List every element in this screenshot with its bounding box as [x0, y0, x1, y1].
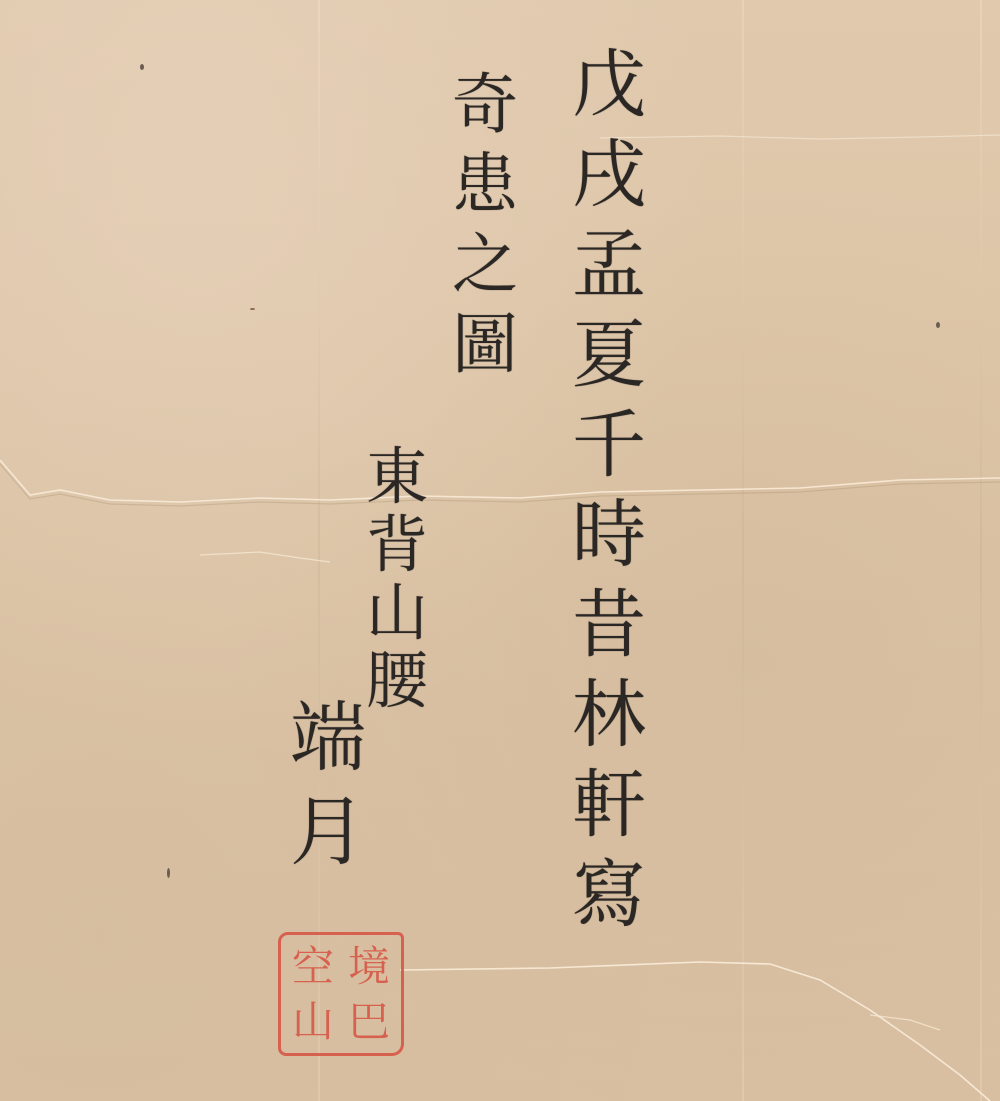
calligraphy-char: 端 — [290, 700, 366, 794]
calligraphy-char: 戌 — [572, 138, 646, 228]
seal-char: 山 — [285, 994, 341, 1049]
inscription-column-3: 東 背 山 腰 — [366, 446, 428, 718]
inscription-column-1: 戊 戌 孟 夏 千 時 昔 林 軒 寫 — [572, 48, 646, 948]
calligraphy-char: 時 — [572, 498, 646, 588]
paper-speck — [167, 868, 170, 878]
calligraphy-char: 寫 — [572, 858, 646, 948]
seal-char: 境 — [341, 939, 397, 994]
calligraphy-char: 戊 — [572, 48, 646, 138]
calligraphy-char: 月 — [290, 794, 366, 888]
seal-char: 巴 — [341, 994, 397, 1049]
horizontal-crease — [0, 440, 1000, 580]
paper-speck — [250, 308, 255, 310]
horizontal-crease — [600, 130, 1000, 150]
calligraphy-char: 患 — [452, 152, 518, 232]
calligraphy-char: 腰 — [366, 650, 428, 718]
aged-paper-background: 戊 戌 孟 夏 千 時 昔 林 軒 寫 奇 患 之 圖 東 背 山 腰 端 月 … — [0, 0, 1000, 1101]
inscription-column-4: 端 月 — [290, 700, 366, 888]
inscription-column-2: 奇 患 之 圖 — [452, 72, 518, 392]
paper-speck — [936, 322, 940, 328]
calligraphy-char: 千 — [572, 408, 646, 498]
calligraphy-char: 圖 — [452, 312, 518, 392]
calligraphy-char: 東 — [366, 446, 428, 514]
red-seal-stamp: 空 境 山 巴 — [278, 932, 404, 1056]
calligraphy-char: 林 — [572, 678, 646, 768]
vertical-fold-line — [980, 0, 982, 1101]
paper-speck — [140, 64, 144, 70]
calligraphy-char: 軒 — [572, 768, 646, 858]
curved-crease — [400, 960, 1000, 1101]
vertical-fold-line — [742, 0, 744, 1101]
calligraphy-char: 奇 — [452, 72, 518, 152]
calligraphy-char: 之 — [452, 232, 518, 312]
calligraphy-char: 昔 — [572, 588, 646, 678]
calligraphy-char: 山 — [366, 582, 428, 650]
calligraphy-char: 夏 — [572, 318, 646, 408]
seal-char: 空 — [285, 939, 341, 994]
calligraphy-char: 背 — [366, 514, 428, 582]
calligraphy-char: 孟 — [572, 228, 646, 318]
